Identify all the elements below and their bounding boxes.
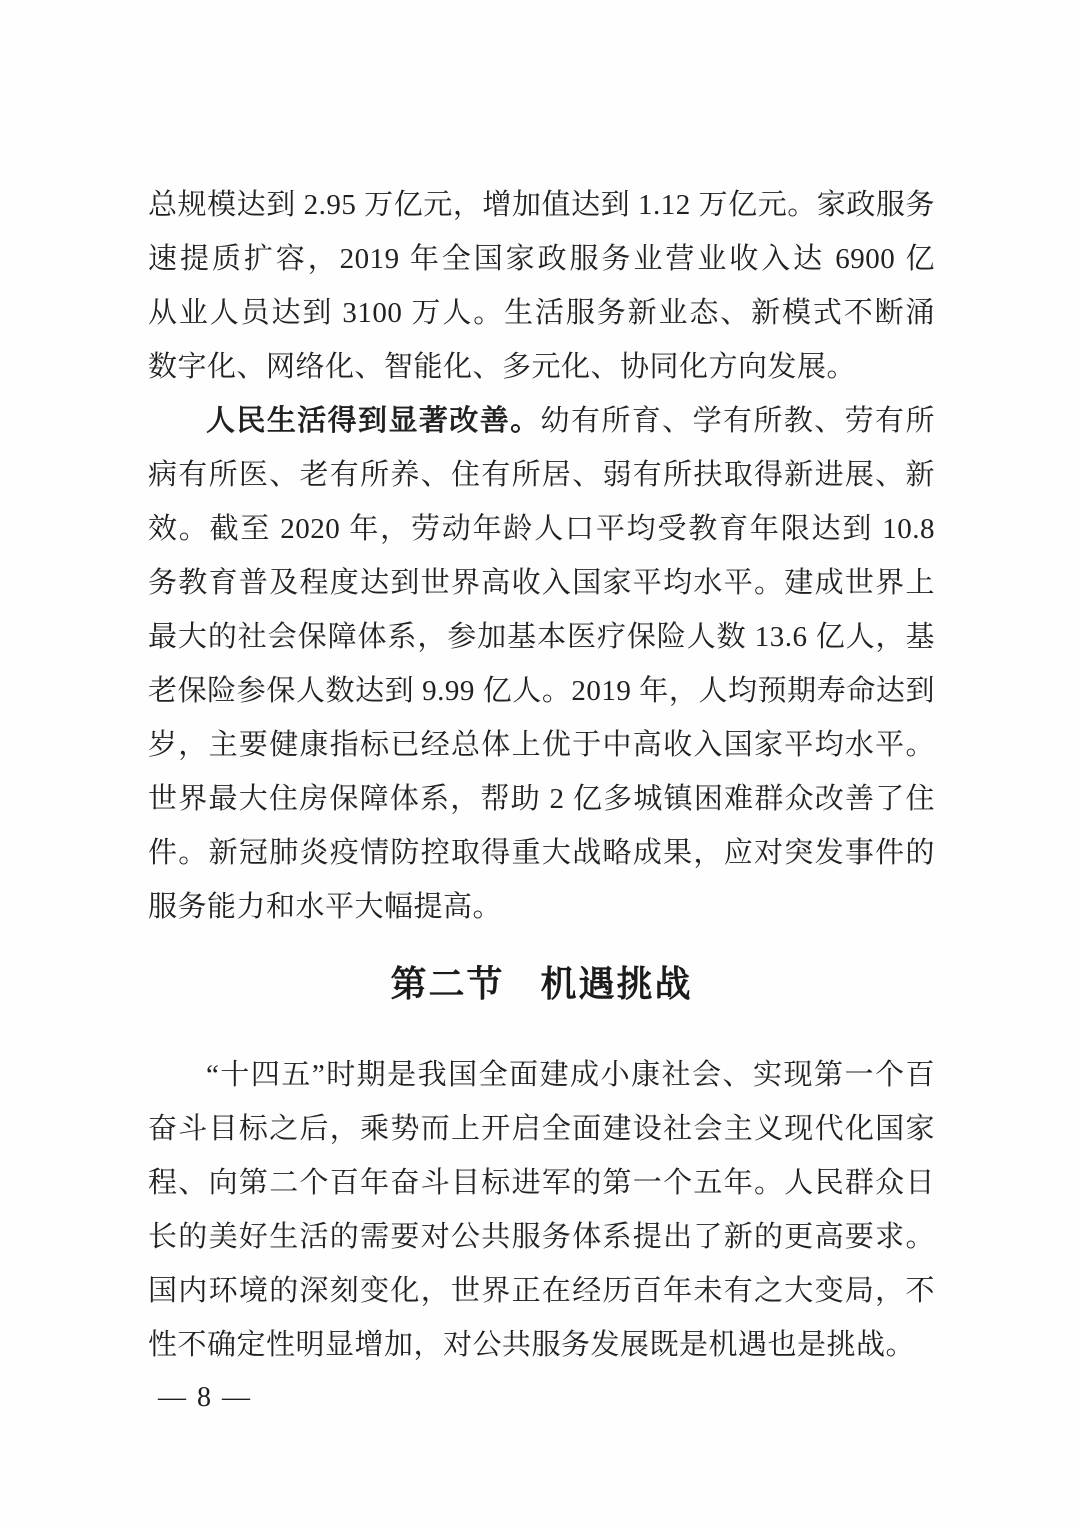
body-line: “十四五”时期是我国全面建成小康社会、实现第一个百年 bbox=[148, 1048, 935, 1102]
body-line: 长的美好生活的需要对公共服务体系提出了新的更高要求。国际 bbox=[148, 1210, 935, 1264]
body-line: 从业人员达到 3100 万人。生活服务新业态、新模式不断涌现，朝 bbox=[148, 286, 935, 340]
body-line: 世界最大住房保障体系，帮助 2 亿多城镇困难群众改善了住房条 bbox=[148, 772, 935, 826]
body-line: 服务能力和水平大幅提高。 bbox=[148, 880, 935, 934]
body-line: 病有所医、老有所养、住有所居、弱有所扶取得新进展、新成 bbox=[148, 448, 935, 502]
body-line: 速提质扩容，2019 年全国家政服务业营业收入达 6900 亿元，家政 bbox=[148, 232, 935, 286]
paragraph-2: 人民生活得到显著改善。幼有所育、学有所教、劳有所得、 病有所医、老有所养、住有所… bbox=[148, 394, 935, 934]
body-line: 老保险参保人数达到 9.99 亿人。2019 年，人均预期寿命达到 77.3 bbox=[148, 664, 935, 718]
section-heading-label: 第二节 bbox=[390, 963, 504, 1004]
body-line: 效。截至 2020 年，劳动年龄人口平均受教育年限达到 10.8 年，义 bbox=[148, 502, 935, 556]
page-number: — 8 — bbox=[158, 1378, 935, 1418]
body-line: 数字化、网络化、智能化、多元化、协同化方向发展。 bbox=[148, 340, 935, 394]
body-line: 总规模达到 2.95 万亿元，增加值达到 1.12 万亿元。家政服务业加 bbox=[148, 178, 935, 232]
text-block: 总规模达到 2.95 万亿元，增加值达到 1.12 万亿元。家政服务业加 速提质… bbox=[148, 178, 935, 1418]
body-line: 奋斗目标之后，乘势而上开启全面建设社会主义现代化国家新征 bbox=[148, 1102, 935, 1156]
body-line: 程、向第二个百年奋斗目标进军的第一个五年。人民群众日益增 bbox=[148, 1156, 935, 1210]
body-line: 最大的社会保障体系，参加基本医疗保险人数 13.6 亿人，基本养 bbox=[148, 610, 935, 664]
body-line: 国内环境的深刻变化，世界正在经历百年未有之大变局，不稳定 bbox=[148, 1264, 935, 1318]
body-line: 性不确定性明显增加，对公共服务发展既是机遇也是挑战。 bbox=[148, 1318, 935, 1372]
paragraph-lead-bold: 人民生活得到显著改善。 bbox=[206, 405, 541, 437]
body-line: 人民生活得到显著改善。幼有所育、学有所教、劳有所得、 bbox=[148, 394, 935, 448]
paragraph-1: 总规模达到 2.95 万亿元，增加值达到 1.12 万亿元。家政服务业加 速提质… bbox=[148, 178, 935, 394]
section-heading-title: 机遇挑战 bbox=[541, 963, 693, 1004]
document-page: 总规模达到 2.95 万亿元，增加值达到 1.12 万亿元。家政服务业加 速提质… bbox=[0, 0, 1080, 1527]
body-line: 岁，主要健康指标已经总体上优于中高收入国家平均水平。建成 bbox=[148, 718, 935, 772]
body-line: 件。新冠肺炎疫情防控取得重大战略成果，应对突发事件的公共 bbox=[148, 826, 935, 880]
paragraph-3: “十四五”时期是我国全面建成小康社会、实现第一个百年 奋斗目标之后，乘势而上开启… bbox=[148, 1048, 935, 1372]
section-heading: 第二节机遇挑战 bbox=[148, 960, 935, 1008]
body-line: 务教育普及程度达到世界高收入国家平均水平。建成世界上规模 bbox=[148, 556, 935, 610]
